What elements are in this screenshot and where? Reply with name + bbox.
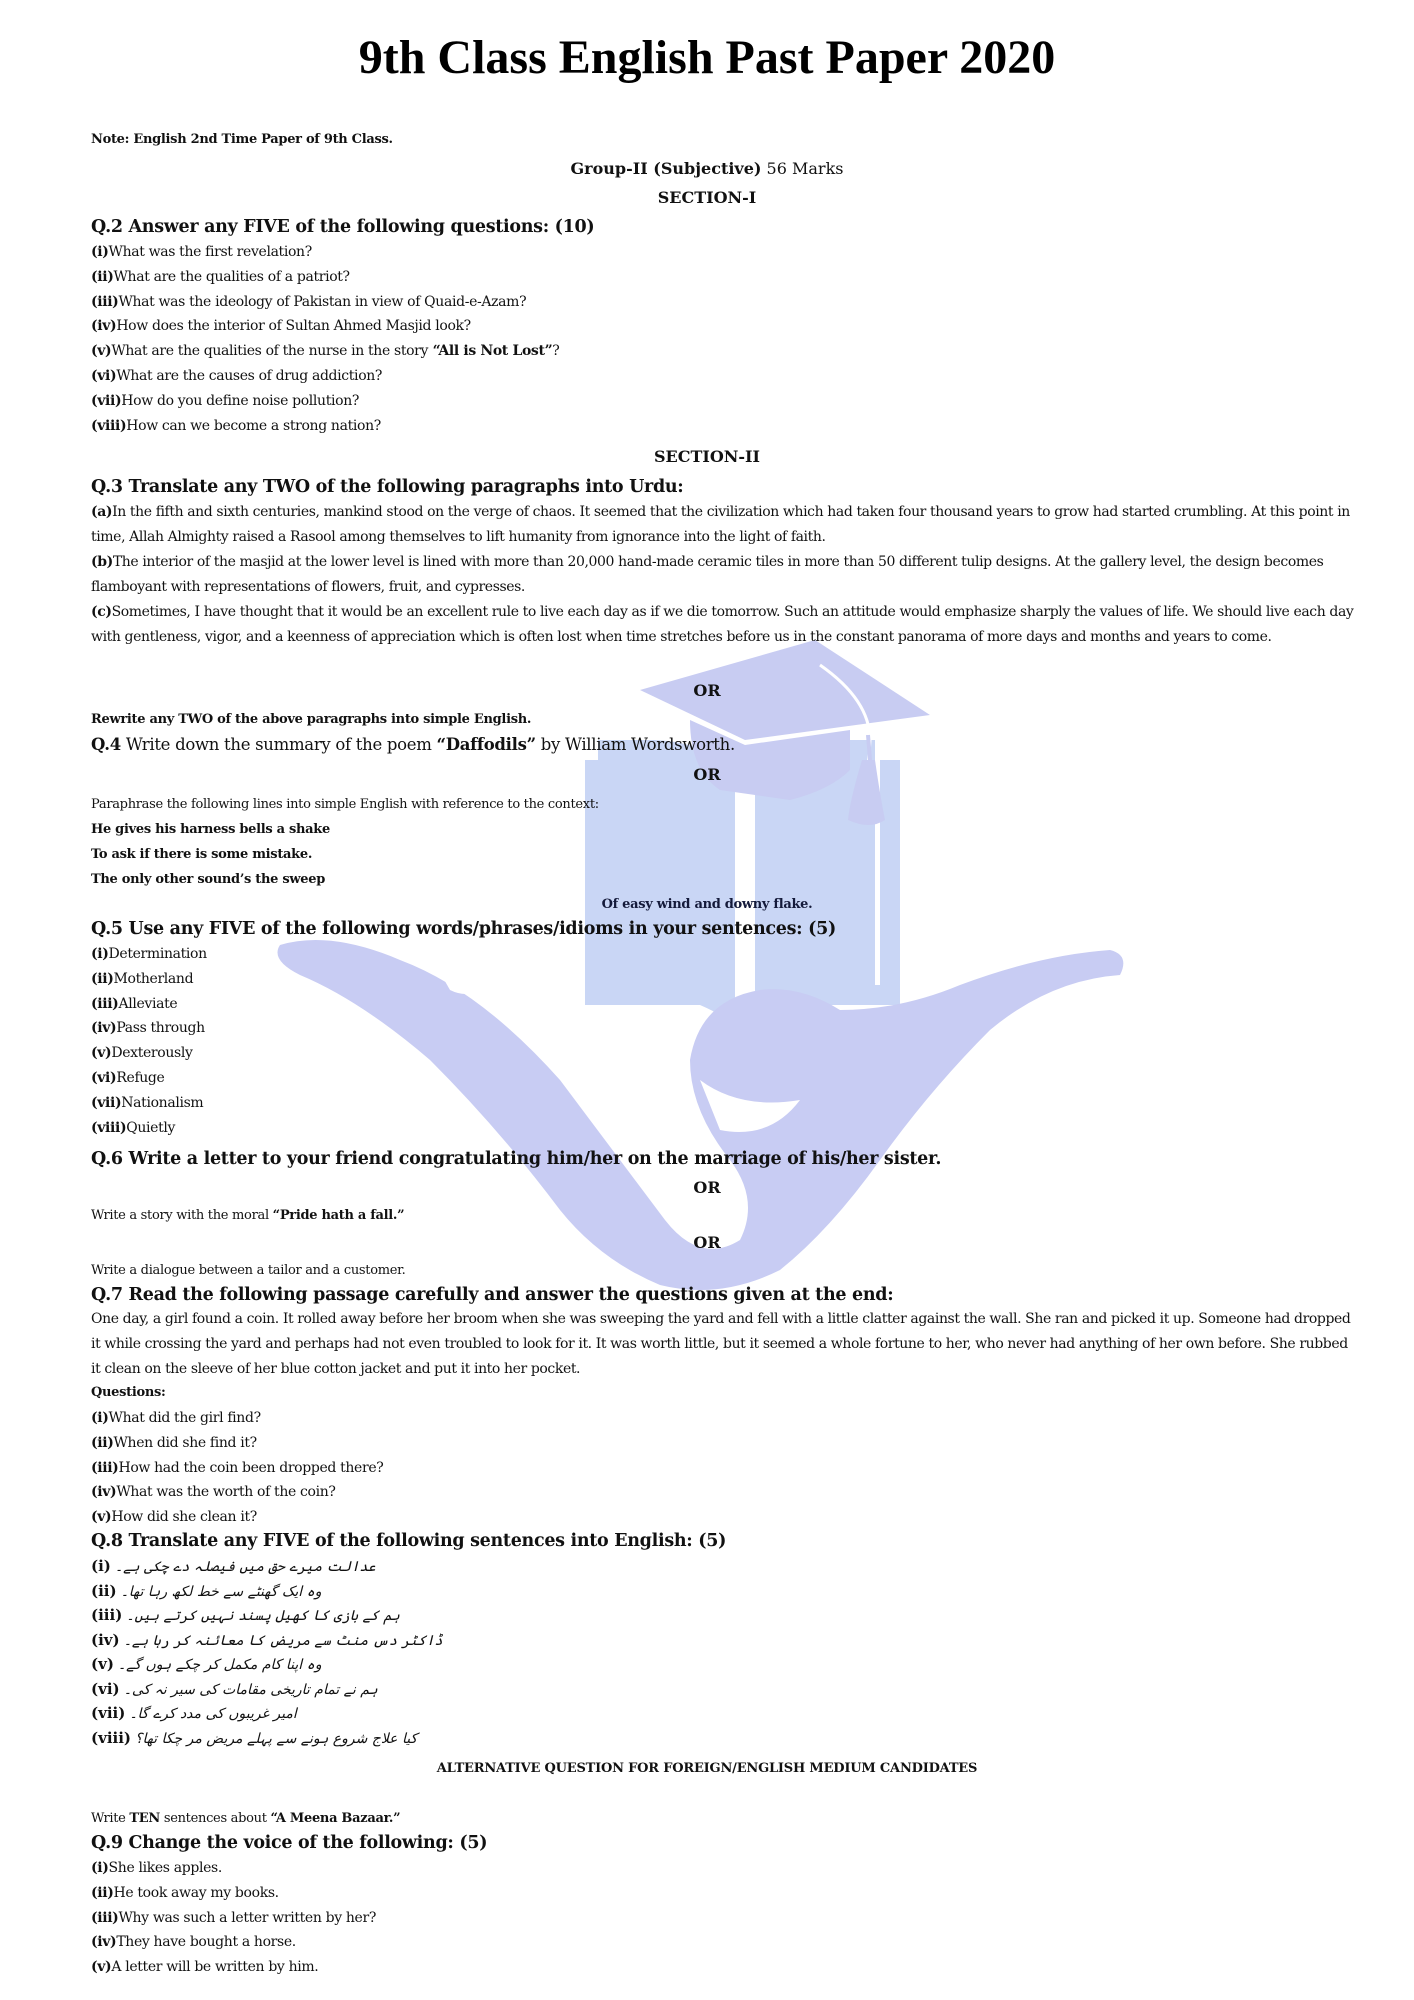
item-number: (v) — [91, 1655, 114, 1673]
q4-paraphrase-instruction: Paraphrase the following lines into simp… — [91, 796, 599, 814]
item-number: (iv) — [91, 1484, 116, 1500]
item-number: (viii) — [91, 418, 126, 434]
exam-paper: 9th Class English Past Paper 2020 Note: … — [0, 0, 1414, 2000]
q7-question: (v)How did she clean it? — [91, 1508, 257, 1526]
item-text: Quietly — [126, 1120, 175, 1136]
q2-question: (viii)How can we become a strong nation? — [91, 417, 381, 435]
q5-word: (ii)Motherland — [91, 970, 193, 988]
q7-question: (iii)How had the coin been dropped there… — [91, 1459, 383, 1477]
item-number: (iv) — [91, 1631, 120, 1649]
item-text: امیر غریبوں کی مدد کرے گا۔ — [129, 1706, 296, 1722]
q5-heading: Q.5 Use any FIVE of the following words/… — [91, 920, 836, 938]
q8-heading: Q.8 Translate any FIVE of the following … — [91, 1532, 726, 1550]
item-text: Alleviate — [118, 996, 177, 1012]
item-text: What are the qualities of the nurse in t… — [111, 343, 428, 359]
q7-question: (ii)When did she find it? — [91, 1434, 257, 1452]
q8-sentence: (iv)ڈاکٹر دس منٹ سے مریض کا معائنہ کر رہ… — [91, 1631, 443, 1655]
group-marks: 56 Marks — [767, 159, 844, 178]
item-number: (v) — [91, 343, 111, 359]
poem-line: He gives his harness bells a shake — [91, 821, 330, 839]
item-text: When did she find it? — [114, 1435, 257, 1451]
q5-word: (iii)Alleviate — [91, 995, 177, 1013]
q9-sentence: (iv)They have bought a horse. — [91, 1933, 296, 1951]
item-number: (vii) — [91, 1704, 125, 1722]
poem-line: To ask if there is some mistake. — [91, 846, 312, 864]
item-text: وہ ایک گھنٹے سے خط لکھ رہا تھا۔ — [121, 1584, 322, 1600]
item-text: How can we become a strong nation? — [126, 418, 381, 434]
q2-heading: Q.2 Answer any FIVE of the following que… — [91, 218, 594, 236]
item-text: Why was such a letter written by her? — [118, 1910, 376, 1926]
item-number: (v) — [91, 1045, 111, 1061]
q5-word: (vii)Nationalism — [91, 1094, 203, 1112]
q5-word: (i)Determination — [91, 945, 207, 963]
item-text: وہ اپنا کام مکمل کر چکے ہوں گے۔ — [118, 1657, 322, 1673]
item-emphasis: “All is Not Lost” — [428, 343, 552, 359]
item-number: (iii) — [91, 1460, 118, 1476]
q3-paragraph-a: (a)In the fifth and sixth centuries, man… — [91, 500, 1361, 550]
q2-question: (vi)What are the causes of drug addictio… — [91, 367, 382, 385]
q7-question: (iv)What was the worth of the coin? — [91, 1483, 336, 1501]
q2-question: (iii)What was the ideology of Pakistan i… — [91, 293, 526, 311]
q8-sentence: (vi)ہم نے تمام تاریخی مقامات کی سیر نہ ک… — [91, 1680, 378, 1704]
q5-word: (vi)Refuge — [91, 1069, 164, 1087]
poem-line: The only other sound’s the sweep — [91, 871, 325, 889]
item-number: (i) — [91, 1860, 109, 1876]
item-number: (ii) — [91, 1582, 117, 1600]
q7-questions-label: Questions: — [91, 1384, 166, 1402]
item-number: (iv) — [91, 1934, 116, 1950]
item-number: (ii) — [91, 971, 114, 987]
item-number: (iv) — [91, 318, 116, 334]
or-divider: OR — [0, 682, 1414, 700]
item-number: (viii) — [91, 1120, 126, 1136]
q9-sentence: (iii)Why was such a letter written by he… — [91, 1909, 376, 1927]
item-text: Pass through — [116, 1020, 205, 1036]
item-number: (v) — [91, 1509, 111, 1525]
q8-sentence: (iii)ہم کے بازی کا کھیل پسند نہیں کرتے ہ… — [91, 1606, 400, 1630]
or-divider: OR — [0, 766, 1414, 784]
q8-sentence: (i)عدالت میرے حق میں فیصلہ دے چکی ہے۔ — [91, 1557, 376, 1581]
or-divider: OR — [0, 1234, 1414, 1252]
q7-question: (i)What did the girl find? — [91, 1409, 261, 1427]
item-number: (i) — [91, 1410, 109, 1426]
item-text: How had the coin been dropped there? — [118, 1460, 383, 1476]
item-text: What was the ideology of Pakistan in vie… — [118, 294, 526, 310]
item-text: He took away my books. — [114, 1885, 279, 1901]
q4-heading: Q.4 Write down the summary of the poem “… — [91, 736, 735, 754]
q2-question: (v)What are the qualities of the nurse i… — [91, 342, 559, 360]
q8-alternative-heading: ALTERNATIVE QUESTION FOR FOREIGN/ENGLISH… — [0, 1760, 1414, 1778]
q9-sentence: (i)She likes apples. — [91, 1859, 222, 1877]
or-divider: OR — [0, 1179, 1414, 1197]
item-text: What was the first revelation? — [109, 244, 312, 260]
item-number: (v) — [91, 1959, 111, 1975]
item-text: What did the girl find? — [109, 1410, 261, 1426]
item-number: (vii) — [91, 393, 121, 409]
item-text: A letter will be written by him. — [111, 1959, 318, 1975]
q2-question: (vii)How do you define noise pollution? — [91, 392, 359, 410]
item-number: (vi) — [91, 1070, 116, 1086]
q3-paragraph-c: (c)Sometimes, I have thought that it wou… — [91, 600, 1361, 650]
item-text: How do you define noise pollution? — [121, 393, 359, 409]
section-2-heading: SECTION-II — [0, 448, 1414, 466]
q5-word: (v)Dexterously — [91, 1044, 193, 1062]
item-text: Nationalism — [121, 1095, 203, 1111]
q8-alternative: Write TEN sentences about “A Meena Bazaa… — [91, 1810, 400, 1828]
q8-sentence: (vii)امیر غریبوں کی مدد کرے گا۔ — [91, 1704, 297, 1728]
q3-paragraph-b: (b)The interior of the masjid at the low… — [91, 550, 1361, 600]
q2-question: (i)What was the first revelation? — [91, 243, 312, 261]
q3-alternative: Rewrite any TWO of the above paragraphs … — [91, 711, 531, 729]
q3-heading: Q.3 Translate any TWO of the following p… — [91, 478, 683, 496]
q8-sentence: (ii)وہ ایک گھنٹے سے خط لکھ رہا تھا۔ — [91, 1582, 322, 1606]
item-number: (ii) — [91, 1435, 114, 1451]
item-text: ہم کے بازی کا کھیل پسند نہیں کرتے ہیں۔ — [126, 1608, 400, 1624]
q8-sentence: (v)وہ اپنا کام مکمل کر چکے ہوں گے۔ — [91, 1655, 322, 1679]
q6-dialogue: Write a dialogue between a tailor and a … — [91, 1262, 406, 1280]
item-text: Refuge — [116, 1070, 164, 1086]
item-number: (vi) — [91, 1680, 120, 1698]
item-text: ڈاکٹر دس منٹ سے مریض کا معائنہ کر رہا ہے… — [124, 1633, 443, 1649]
q7-passage: One day, a girl found a coin. It rolled … — [91, 1307, 1361, 1382]
item-text: What are the causes of drug addiction? — [116, 368, 382, 384]
item-number: (iii) — [91, 996, 118, 1012]
item-text: What was the worth of the coin? — [116, 1484, 335, 1500]
q5-word: (viii)Quietly — [91, 1119, 175, 1137]
item-number: (vii) — [91, 1095, 121, 1111]
item-number: (viii) — [91, 1729, 131, 1747]
item-text: ہم نے تمام تاریخی مقامات کی سیر نہ کی۔ — [124, 1682, 378, 1698]
item-number: (iii) — [91, 1606, 122, 1624]
item-text: عدالت میرے حق میں فیصلہ دے چکی ہے۔ — [115, 1559, 376, 1575]
item-number: (iii) — [91, 1910, 118, 1926]
q9-sentence: (v)A letter will be written by him. — [91, 1958, 318, 1976]
item-text: She likes apples. — [109, 1860, 222, 1876]
item-number: (ii) — [91, 269, 114, 285]
page-title: 9th Class English Past Paper 2020 — [0, 30, 1414, 85]
item-number: (i) — [91, 946, 109, 962]
q7-heading: Q.7 Read the following passage carefully… — [91, 1286, 893, 1304]
item-text: They have bought a horse. — [116, 1934, 296, 1950]
item-number: (iii) — [91, 294, 118, 310]
paper-note: Note: English 2nd Time Paper of 9th Clas… — [91, 131, 393, 149]
item-text: Dexterously — [111, 1045, 192, 1061]
group-info: Group-II (Subjective) 56 Marks — [0, 160, 1414, 178]
q9-sentence: (ii)He took away my books. — [91, 1884, 279, 1902]
q6-heading: Q.6 Write a letter to your friend congra… — [91, 1150, 941, 1168]
item-text: What are the qualities of a patriot? — [114, 269, 350, 285]
item-text: Determination — [109, 946, 207, 962]
item-text: Motherland — [114, 971, 194, 987]
q5-word: (iv)Pass through — [91, 1019, 205, 1037]
item-number: (vi) — [91, 368, 116, 384]
item-number: (iv) — [91, 1020, 116, 1036]
item-text: How does the interior of Sultan Ahmed Ma… — [116, 318, 471, 334]
item-number: (i) — [91, 244, 109, 260]
q9-heading: Q.9 Change the voice of the following: (… — [91, 1834, 487, 1852]
item-text: کیا علاج شروع ہونے سے پہلے مریض مر چکا ت… — [135, 1731, 417, 1747]
poem-line: Of easy wind and downy flake. — [0, 896, 1414, 914]
q2-question: (ii)What are the qualities of a patriot? — [91, 268, 350, 286]
item-number: (ii) — [91, 1885, 114, 1901]
item-text: How did she clean it? — [111, 1509, 257, 1525]
q2-question: (iv)How does the interior of Sultan Ahme… — [91, 317, 471, 335]
group-name: Group-II (Subjective) — [571, 159, 762, 178]
item-number: (i) — [91, 1557, 111, 1575]
q8-sentence: (viii)کیا علاج شروع ہونے سے پہلے مریض مر… — [91, 1729, 417, 1753]
q6-story: Write a story with the moral “Pride hath… — [91, 1207, 404, 1225]
section-1-heading: SECTION-I — [0, 189, 1414, 207]
